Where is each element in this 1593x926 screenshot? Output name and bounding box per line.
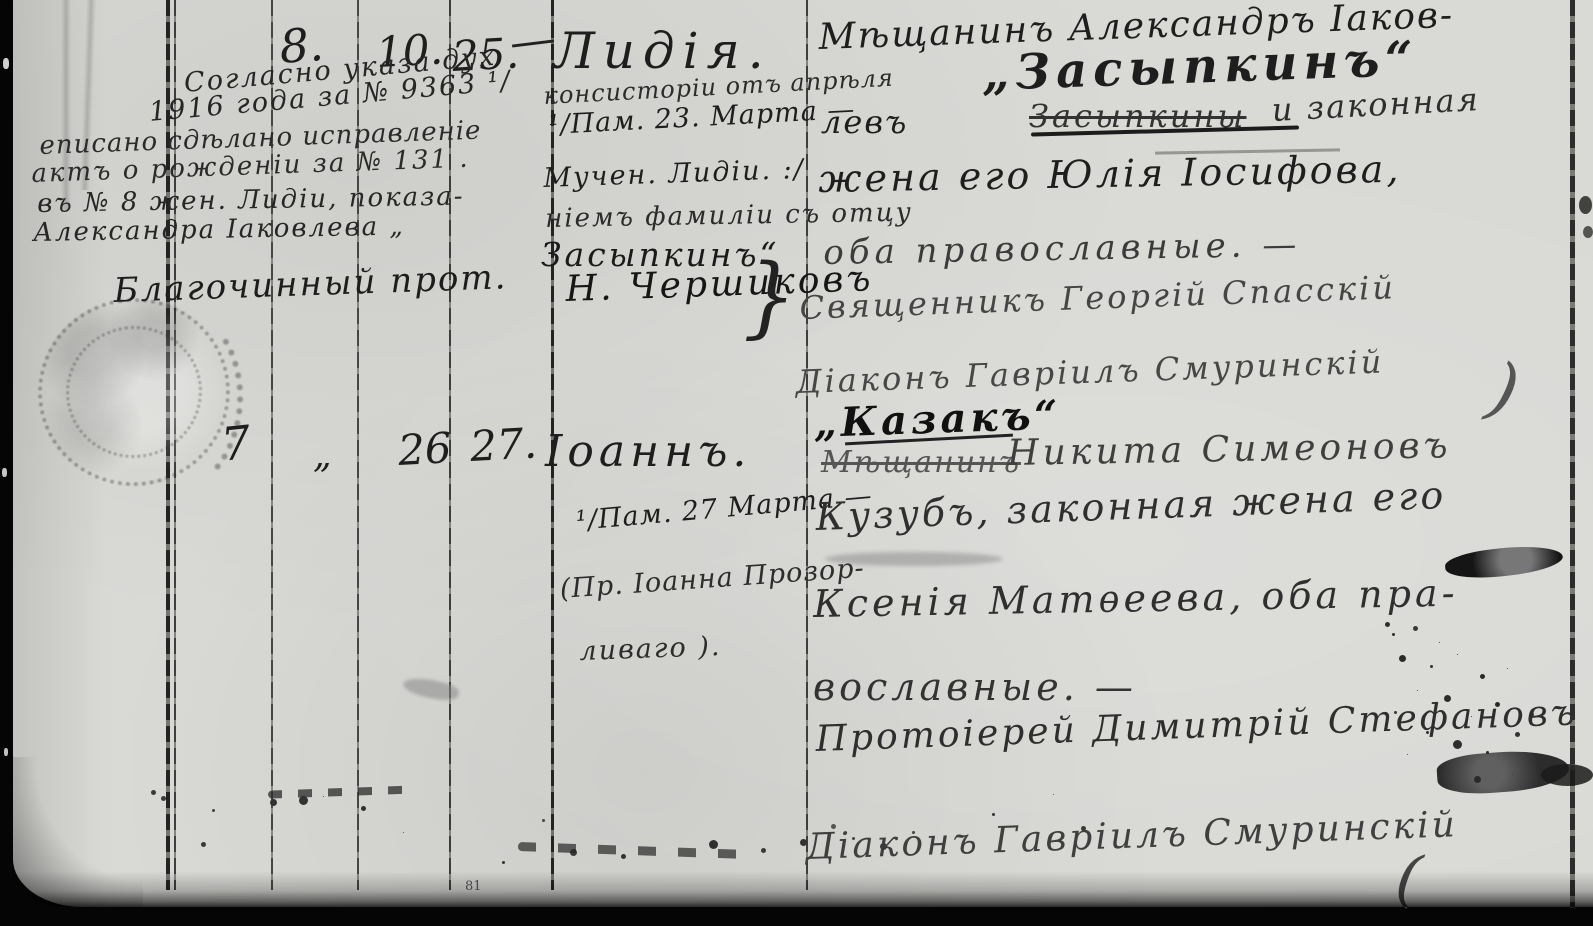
border-speck — [4, 748, 8, 756]
ink-smear-tail — [1541, 764, 1593, 786]
ink-dash-cluster — [268, 785, 418, 798]
margin-note-line-6: ніемъ фамиліи съ отцу — [545, 200, 913, 232]
ink-specks-bottom — [151, 790, 156, 795]
entry2-parents-line-2: Кузубъ, законная жена его — [815, 476, 1447, 536]
edge-blot — [1583, 226, 1593, 238]
metrical-book-scan: { "document": { "type": "handwritten chu… — [0, 0, 1593, 926]
margin-note-line-7: Александра Іаковлева „ — [33, 214, 405, 246]
entry2-ditto-mark: „ — [313, 438, 332, 474]
entry2-deacon: Діаконъ Гавріилъ Смуринскій — [805, 807, 1458, 866]
entry2-name: Іоаннъ. — [545, 430, 751, 474]
gray-scribble — [402, 674, 461, 703]
entry1-parents-line-5: оба православные. — — [823, 228, 1302, 270]
column-rule — [806, 0, 808, 890]
pencil-smudge — [825, 552, 1003, 566]
entry2-father: Никита Симеоновъ — [1007, 428, 1452, 472]
entry1-deacon: Діаконъ Гавріилъ Смуринскій — [795, 345, 1385, 398]
edge-blot — [1579, 196, 1592, 214]
border-speck — [3, 58, 9, 69]
entry2-feast-note-3: ливаго ). — [579, 633, 722, 665]
signature-flourish: } — [743, 252, 796, 340]
entry1-parents-line-4: жена его Юлія Іосифова, — [818, 150, 1402, 198]
register-page: 8. 10. 25. Лидія. консисторіи отъ апрѣля… — [13, 0, 1593, 907]
entry2-parents-line-3: Ксенія Матѳеева, оба пра- — [813, 574, 1459, 623]
entry1-feast-note-2: Мучен. Лидіи. :/ — [543, 156, 805, 192]
border-speck — [2, 468, 7, 477]
entry1-name: Лидія. — [553, 26, 772, 76]
entry1-parents-line-3b: и законная — [1271, 83, 1480, 126]
deacon-flourish: ) — [1482, 352, 1525, 427]
entry1-priest: Священникъ Георгій Спасскій — [799, 271, 1396, 324]
entry1-parents-line-2a: левъ — [821, 106, 908, 138]
entry2-baptism-day: 27. — [469, 423, 538, 468]
entry2-birth-day: 26 — [397, 427, 453, 472]
ink-blot — [1444, 542, 1564, 582]
entry2-estate-struck: Мѣщанинъ — [821, 448, 1021, 478]
scan-shadow — [13, 871, 1593, 907]
page-corner-curl — [13, 757, 143, 907]
ink-splatter — [1385, 622, 1390, 627]
entry2-parents-line-4: вославные. — — [813, 668, 1137, 706]
